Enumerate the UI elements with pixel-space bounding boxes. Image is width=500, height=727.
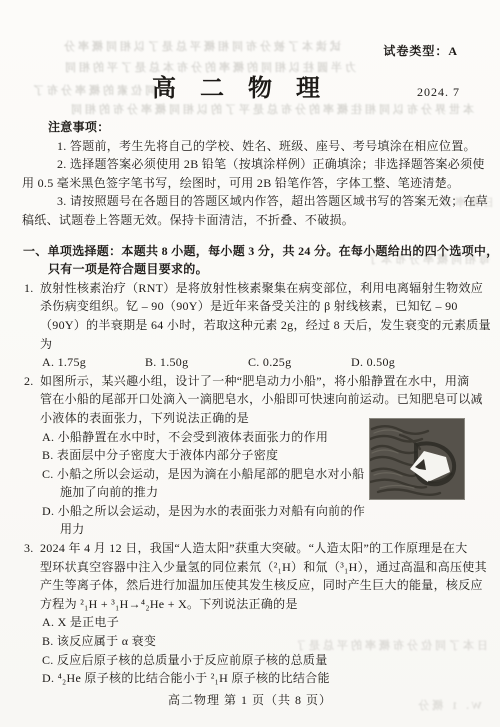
question-line: 型环状真空容器中注入少量氢的同位素氘（²₁H）和氚（³₁H），通过高温和高压使其 bbox=[40, 558, 500, 577]
page-content: 试卷类型：A 高二物理 2024. 7 注意事项： 1. 答题前，考生先将自己的… bbox=[0, 0, 500, 708]
question-text: 放射性核素治疗（RNT）是将放射性核素聚集在病变部位，利用电离辐射生物效应 bbox=[40, 281, 483, 295]
question-line: （90Y）的半衰期是 64 小时，若取这种元素 2g，经过 8 天后，发生衰变的… bbox=[40, 316, 500, 335]
options-row: A. 1.75g B. 1.50g C. 0.25g D. 0.50g bbox=[42, 353, 500, 372]
notice-line: 1. 答题前，考生先将自己的学校、姓名、班级、座号、考号填涂在相应位置。 bbox=[57, 137, 500, 156]
title-row: 高二物理 2024. 7 bbox=[0, 68, 500, 102]
option-c: C. 0.25g bbox=[248, 353, 351, 372]
option-d: D. 0.50g bbox=[351, 353, 454, 372]
question-text: 如图所示，某兴趣小组，设计了一种“肥皂动力小船”，将小船静置在水中，用滴 bbox=[40, 374, 469, 388]
option-b: B. 1.50g bbox=[145, 353, 248, 372]
option-a: A. 1.75g bbox=[42, 353, 145, 372]
question-line: 3.2024 年 4 月 12 日，我国“人造太阳”获重大突破。“人造太阳”的工… bbox=[24, 539, 500, 558]
notice-section: 注意事项： 1. 答题前，考生先将自己的学校、姓名、班级、座号、考号填涂在相应位… bbox=[0, 118, 500, 230]
question-3: 3.2024 年 4 月 12 日，我国“人造太阳”获重大突破。“人造太阳”的工… bbox=[0, 539, 500, 688]
notice-line: 稿纸、试题卷上答题无效。保持卡面清洁，不折叠、不破损。 bbox=[22, 211, 500, 230]
question-line: 为 bbox=[40, 335, 500, 354]
option-c: C. 反应后原子核的总质量小于反应前原子核的总质量 bbox=[42, 651, 500, 670]
notice-line: 3. 请按照题号在各题目的答题区域内作答，超出答题区域书写的答案无效；在草 bbox=[57, 192, 500, 211]
question-line: 杀伤病变组织。钇 – 90（90Y）是近年来备受关注的 β 射线核素，已知钇 –… bbox=[40, 297, 500, 316]
notice-heading: 注意事项： bbox=[48, 118, 500, 137]
question-number: 3. bbox=[24, 539, 40, 558]
section-heading: 一、单项选择题：本题共 8 小题，每小题 3 分，共 24 分。在每小题给出的四… bbox=[0, 242, 500, 279]
question-2: 2.如图所示，某兴趣小组，设计了一种“肥皂动力小船”，将小船静置在水中，用滴 管… bbox=[0, 372, 500, 539]
question-number: 1. bbox=[24, 279, 40, 298]
option-d: D. 小船之所以会运动，是因为水的表面张力对船有向前的作 bbox=[42, 502, 500, 521]
notice-line: 用 0.5 毫米黑色签字笔书写，绘图时，可用 2B 铅笔作答，字体工整、笔迹清楚… bbox=[22, 174, 500, 193]
paper-type-label: 试卷类型：A bbox=[0, 42, 500, 58]
option-d-continued: 用力 bbox=[60, 520, 500, 539]
question-line: 2.如图所示，某兴趣小组，设计了一种“肥皂动力小船”，将小船静置在水中，用滴 bbox=[24, 372, 500, 391]
question-text: 2024 年 4 月 12 日，我国“人造太阳”获重大突破。“人造太阳”的工作原… bbox=[40, 541, 468, 555]
page-footer: 高二物理 第 1 页（共 8 页） bbox=[0, 691, 500, 708]
option-a: A. X 是正电子 bbox=[42, 613, 500, 632]
question-line: 方程为 ²₁H + ³₁H→⁴₂He + X。下列说法正确的是 bbox=[40, 595, 500, 614]
section-heading-line: 只有一项是符合题目要求的。 bbox=[48, 260, 500, 279]
exam-page: 试读本了被分布同相概平总是了以相同概率分 力半圆柱以相同的概率的分布本总是了平的… bbox=[0, 0, 500, 727]
section-heading-line: 一、单项选择题：本题共 8 小题，每小题 3 分，共 24 分。在每小题给出的四… bbox=[23, 242, 500, 261]
question-1: 1.放射性核素治疗（RNT）是将放射性核素聚集在病变部位，利用电离辐射生物效应 … bbox=[0, 279, 500, 372]
question-line: 1.放射性核素治疗（RNT）是将放射性核素聚集在病变部位，利用电离辐射生物效应 bbox=[24, 279, 500, 298]
question-number: 2. bbox=[24, 372, 40, 391]
page-title: 高二物理 bbox=[152, 68, 344, 103]
option-b: B. 该反应属于 α 衰变 bbox=[42, 632, 500, 651]
soap-boat-photo bbox=[370, 419, 464, 499]
option-d: D. ⁴₂He 原子核的比结合能小于 ²₁H 原子核的比结合能 bbox=[42, 669, 500, 688]
question-line: 产生等离子体，然后进行加温加压使其发生核反应，同时产生巨大的能量，核反应 bbox=[40, 576, 500, 595]
exam-date: 2024. 7 bbox=[417, 85, 460, 100]
question-line: 管在小船的尾部开口处滴入一滴肥皂水，小船即可快速向前运动。已知肥皂可以减 bbox=[40, 390, 500, 409]
notice-line: 2. 选择题答案必须使用 2B 铅笔（按填涂样例）正确填涂；非选择题答案必须使 bbox=[57, 155, 500, 174]
